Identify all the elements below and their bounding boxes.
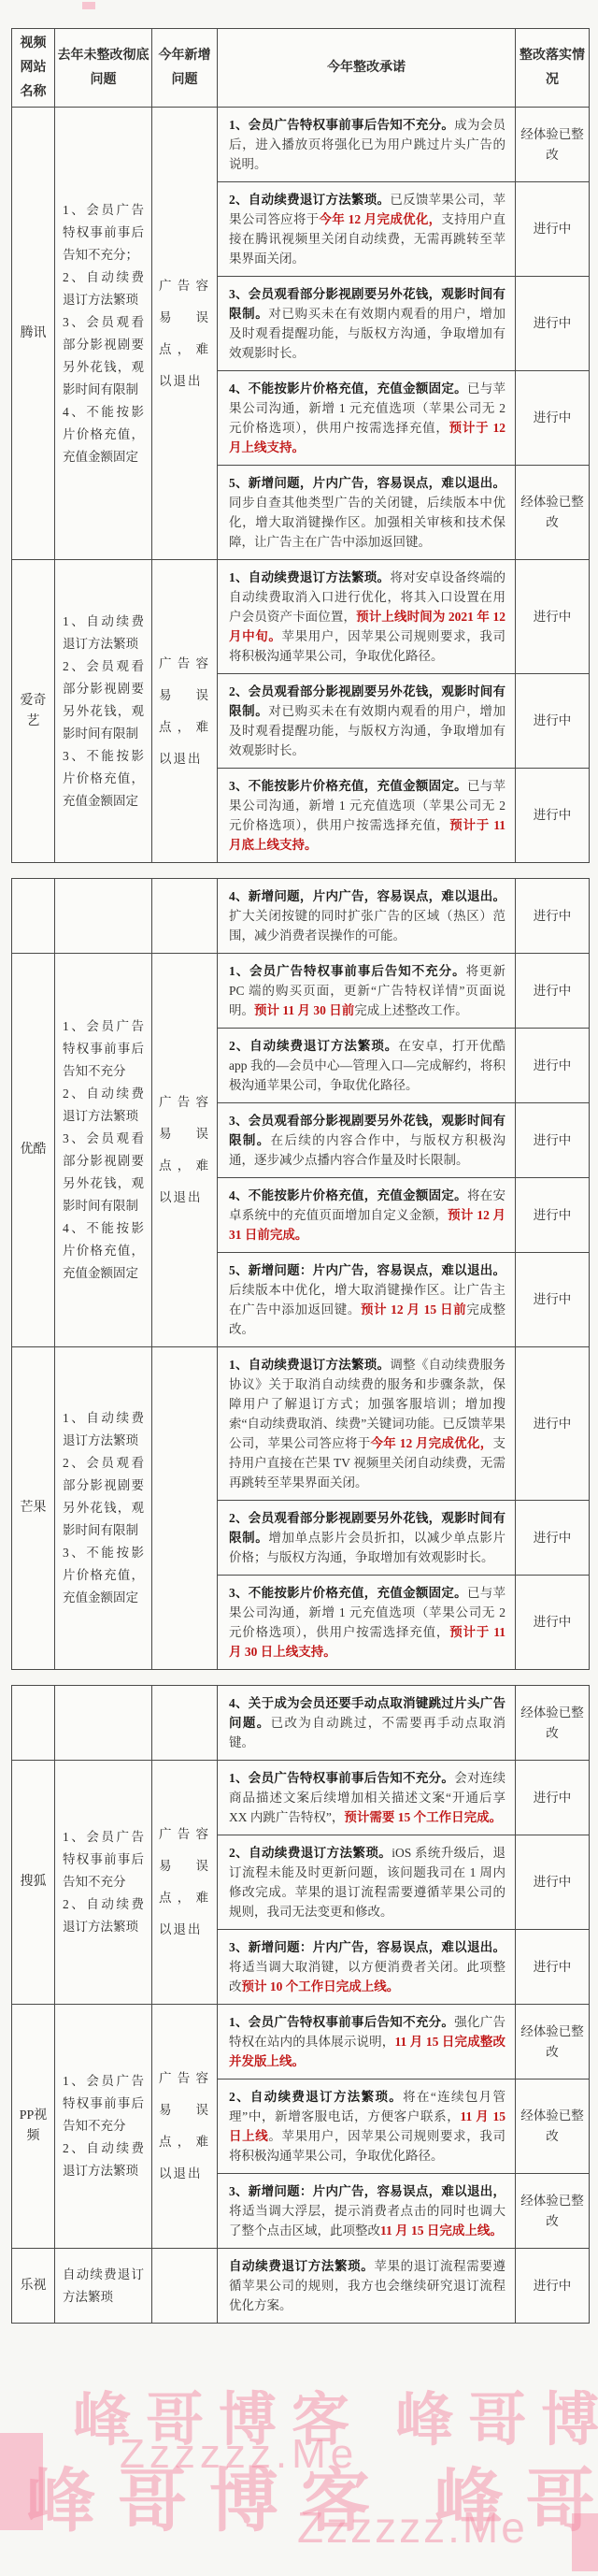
status-cell: 进行中 (516, 1761, 590, 1835)
status-cell: 经体验已整改 (516, 108, 590, 182)
status-cell: 进行中 (516, 182, 590, 277)
commitment-cell: 2、自动续费退订方法繁琐。在安卓，打开优酷 app 我的—会员中心—管理入口—完… (218, 1029, 516, 1103)
last-year-problems-cell: 1、自动续费退订方法繁琐 2、会员观看部分影视剧要另外花钱，观影时间有限制 3、… (55, 560, 152, 863)
commitment-cell: 3、会员观看部分影视剧要另外花钱，观影时间有限制。在后续的内容合作中，与版权方积… (218, 1103, 516, 1178)
commitment-cell: 4、不能按影片价格充值，充值金额固定。将在安卓系统中的充值页面增加自定义金额，预… (218, 1178, 516, 1253)
status-cell: 进行中 (516, 1103, 590, 1178)
commitment-cell: 3、会员观看部分影视剧要另外花钱，观影时间有限制。对已购买未在有效期内观看的用户… (218, 277, 516, 371)
commitment-text-segment: 5、新增问题，片内广告，容易误点，难以退出。 (229, 476, 505, 490)
header-cell: 视频网站名称 (12, 29, 55, 108)
commitment-text-segment: 3、新增问题：片内广告，容易误点，难以退出。 (229, 1940, 505, 1954)
watermark-text: Zzzzzz.Me (297, 2502, 528, 2553)
commitment-cell: 4、关于成为会员还要手动点取消键跳过片头广告问题。已改为自动跳过，不需要再手动点… (218, 1686, 516, 1761)
watermark-text: 峰哥博客 峰哥博客 (26, 2446, 598, 2545)
commitment-row: 乐视自动续费退订方法繁琐自动续费退订方法繁琐。苹果的退订流程需要遵循苹果公司的规… (12, 2249, 590, 2324)
commitment-text-segment: 1、自动续费退订方法繁琐。 (229, 570, 390, 584)
commitment-row: 腾讯1、会员广告特权事前事后告知不充分； 2、自动续费退订方法繁琐 3、会员观看… (12, 108, 590, 182)
new-problems-cell (152, 1686, 218, 1761)
rectification-document: 视频网站名称去年未整改彻底问题今年新增问题今年整改承诺整改落实情况腾讯1、会员广… (0, 0, 598, 2576)
commitment-text-segment: 预计需要 15 个工作日完成。 (344, 1810, 502, 1824)
commitment-cell: 2、自动续费退订方法繁琐。iOS 系统升级后，退订流程未能及时更新问题，该问题我… (218, 1835, 516, 1930)
new-problems-cell (152, 879, 218, 954)
tables-host: 视频网站名称去年未整改彻底问题今年新增问题今年整改承诺整改落实情况腾讯1、会员广… (0, 0, 598, 2324)
site-name-cell: 优酷 (12, 954, 55, 1347)
watermark-block (572, 2513, 598, 2571)
watermark-text: Zzzzzz.Me (120, 2431, 358, 2478)
site-name-cell: 爱奇艺 (12, 560, 55, 863)
status-cell: 进行中 (516, 2249, 590, 2324)
last-year-problems-cell: 1、会员广告特权事前事后告知不充分 2、自动续费退订方法繁琐 (55, 2005, 152, 2249)
commitment-text-segment: 增加单点影片会员折扣，以减少单点影片价格；与版权方沟通，争取增加有效观影时长。 (229, 1531, 505, 1564)
last-year-problems-cell: 1、会员广告特权事前事后告知不充分 2、自动续费退订方法繁琐 3、会员观看部分影… (55, 954, 152, 1347)
status-cell: 进行中 (516, 674, 590, 769)
commitment-text-segment: 2、自动续费退订方法繁琐。 (229, 1846, 392, 1860)
commitment-text-segment: 。苹果用户，因苹果公司规则要求，我司将积极沟通苹果公司，争取优化路径。 (229, 2129, 505, 2163)
commitment-text-segment: 2、自动续费退订方法繁琐。 (229, 193, 390, 207)
commitment-text-segment: 3、新增问题：片内广告，容易误点，难以退出， (229, 2184, 505, 2198)
commitment-text-segment: 今年 12 月完成优化， (371, 1436, 493, 1450)
commitment-text-segment: 已改为自动跳过，不需要再手动点取消键。 (229, 1716, 505, 1749)
site-name-cell: PP视频 (12, 2005, 55, 2249)
commitment-text-segment: 4、不能按影片价格充值，充值金额固定。 (229, 1188, 467, 1202)
commitment-text-segment: 预计 12 月 15 日前 (361, 1302, 466, 1317)
new-problems-cell (152, 2249, 218, 2324)
rectification-table-3: 4、关于成为会员还要手动点取消键跳过片头广告问题。已改为自动跳过，不需要再手动点… (11, 1685, 590, 2324)
site-name-cell: 腾讯 (12, 108, 55, 560)
status-cell: 经体验已整改 (516, 2005, 590, 2080)
new-problems-cell: 广告容易误点，难以退出 (152, 108, 218, 560)
commitment-text-segment: 3、不能按影片价格充值，充值金额固定。 (229, 779, 467, 793)
header-cell: 整改落实情况 (516, 29, 590, 108)
commitment-text-segment: 今年 12 月完成优化， (319, 212, 441, 226)
last-year-problems-cell (55, 1686, 152, 1761)
commitment-cell: 5、新增问题：片内广告，容易误点，难以退出。后续版本中优化，增大取消键操作区。让… (218, 1253, 516, 1347)
commitment-cell: 3、不能按影片价格充值，充值金额固定。已与苹果公司沟通，新增 1 元充值选项（苹… (218, 1576, 516, 1670)
commitment-cell: 4、不能按影片价格充值，充值金额固定。已与苹果公司沟通，新增 1 元充值选项（苹… (218, 371, 516, 466)
commitment-text-segment: 2、自动续费退订方法繁琐。 (229, 1039, 398, 1053)
site-name-cell (12, 879, 55, 954)
commitment-text-segment: 预计 10 个工作日完成上线。 (242, 1979, 400, 1993)
commitment-text-segment: 2、自动续费退订方法繁琐。 (229, 2090, 403, 2104)
header-cell: 今年新增问题 (152, 29, 218, 108)
commitment-cell: 3、新增问题：片内广告，容易误点，难以退出。将适当调大取消键，以方便消费者关闭。… (218, 1930, 516, 2005)
status-cell: 经体验已整改 (516, 466, 590, 560)
commitment-cell: 1、自动续费退订方法繁琐。将对安卓设备终端的自动续费取消入口进行优化，将其入口设… (218, 560, 516, 674)
status-cell: 进行中 (516, 1835, 590, 1930)
new-problems-cell: 广告容易误点，难以退出 (152, 954, 218, 1347)
commitment-text-segment: 4、不能按影片价格充值，充值金额固定。 (229, 381, 467, 396)
status-cell: 进行中 (516, 1029, 590, 1103)
commitment-text-segment: 1、会员广告特权事前事后告知不充分。 (229, 1771, 454, 1785)
last-year-problems-cell: 1、自动续费退订方法繁琐 2、会员观看部分影视剧要另外花钱，观影时间有限制 3、… (55, 1347, 152, 1670)
commitment-cell: 1、会员广告特权事前事后告知不充分。会对连续商品描述文案后续增加相关描述文案“开… (218, 1761, 516, 1835)
rectification-table-2: 4、新增问题，片内广告，容易误点，难以退出。扩大关闭按键的同时扩张广告的区域（热… (11, 878, 590, 1670)
commitment-row: 搜狐1、会员广告特权事前事后告知不充分 2、自动续费退订方法繁琐广告容易误点，难… (12, 1761, 590, 1835)
header-cell: 今年整改承诺 (218, 29, 516, 108)
watermark-block (0, 2433, 43, 2530)
new-problems-cell: 广告容易误点，难以退出 (152, 560, 218, 863)
commitment-cell: 2、自动续费退订方法繁琐。已反馈苹果公司，苹果公司答应将于今年 12 月完成优化… (218, 182, 516, 277)
header-cell: 去年未整改彻底问题 (55, 29, 152, 108)
status-cell: 进行中 (516, 277, 590, 371)
new-problems-cell: 广告容易误点，难以退出 (152, 1761, 218, 2005)
commitment-row: 4、关于成为会员还要手动点取消键跳过片头广告问题。已改为自动跳过，不需要再手动点… (12, 1686, 590, 1761)
commitment-cell: 1、会员广告特权事前事后告知不充分。强化广告特权在站内的具体展示说明，11 月 … (218, 2005, 516, 2080)
last-year-problems-cell: 1、会员广告特权事前事后告知不充分； 2、自动续费退订方法繁琐 3、会员观看部分… (55, 108, 152, 560)
commitment-text-segment: 同步自查其他类型广告的关闭键，后续版本中优化，增大取消键操作区。加强相关审核和技… (229, 496, 505, 549)
commitment-cell: 4、新增问题，片内广告，容易误点，难以退出。扩大关闭按键的同时扩张广告的区域（热… (218, 879, 516, 954)
commitment-cell: 2、会员观看部分影视剧要另外花钱，观影时间有限制。对已购买未在有效期内观看的用户… (218, 674, 516, 769)
site-name-cell: 搜狐 (12, 1761, 55, 2005)
commitment-text-segment: 对已购买未在有效期内观看的用户，增加及时观看提醒功能，与版权方沟通，争取增加有效… (229, 704, 505, 757)
status-cell: 进行中 (516, 1576, 590, 1670)
commitment-text-segment: 1、会员广告特权事前事后告知不充分。 (229, 964, 466, 978)
site-name-cell: 乐视 (12, 2249, 55, 2324)
commitment-text-segment: 对已购买未在有效期内观看的用户，增加及时观看提醒功能，与版权方沟通，争取增加有效… (229, 307, 505, 360)
status-cell: 进行中 (516, 1253, 590, 1347)
commitment-text-segment: 自动续费退订方法繁琐。 (229, 2259, 374, 2273)
status-cell: 进行中 (516, 879, 590, 954)
status-cell: 进行中 (516, 769, 590, 863)
commitment-cell: 3、新增问题：片内广告，容易误点，难以退出，将适当调大浮层，提示消费者点击的同时… (218, 2174, 516, 2249)
commitment-cell: 2、会员观看部分影视剧要另外花钱，观影时间有限制。增加单点影片会员折扣，以减少单… (218, 1501, 516, 1576)
status-cell: 进行中 (516, 954, 590, 1029)
commitment-row: 优酷1、会员广告特权事前事后告知不充分 2、自动续费退订方法繁琐 3、会员观看部… (12, 954, 590, 1029)
commitment-row: 爱奇艺1、自动续费退订方法繁琐 2、会员观看部分影视剧要另外花钱，观影时间有限制… (12, 560, 590, 674)
commitment-text-segment: 预计 11 月 30 日前 (254, 1003, 354, 1017)
commitment-text-segment: 1、会员广告特权事前事后告知不充分。 (229, 118, 454, 132)
commitment-text-segment: 3、不能按影片价格充值，充值金额固定。 (229, 1586, 467, 1600)
commitment-text-segment: 5、新增问题：片内广告，容易误点，难以退出。 (229, 1263, 505, 1277)
header-row: 视频网站名称去年未整改彻底问题今年新增问题今年整改承诺整改落实情况 (12, 29, 590, 108)
commitment-row: 芒果1、自动续费退订方法繁琐 2、会员观看部分影视剧要另外花钱，观影时间有限制 … (12, 1347, 590, 1501)
status-cell: 经体验已整改 (516, 1686, 590, 1761)
status-cell: 进行中 (516, 1178, 590, 1253)
commitment-text-segment: 1、会员广告特权事前事后告知不充分。 (229, 2015, 454, 2029)
status-cell: 进行中 (516, 1501, 590, 1576)
commitment-text-segment: 11 月 15 日完成上线。 (380, 2223, 503, 2238)
commitment-text-segment: 在后续的内容合作中，与版权方积极沟通，逐步减少点播内容合作量及时长限制。 (229, 1133, 505, 1167)
commitment-cell: 1、自动续费退订方法繁琐。调整《自动续费服务协议》关于取消自动续费的服务和步骤条… (218, 1347, 516, 1501)
site-name-cell: 芒果 (12, 1347, 55, 1670)
new-problems-cell: 广告容易误点，难以退出 (152, 2005, 218, 2249)
last-year-problems-cell: 1、会员广告特权事前事后告知不充分 2、自动续费退订方法繁琐 (55, 1761, 152, 2005)
commitment-row: 4、新增问题，片内广告，容易误点，难以退出。扩大关闭按键的同时扩张广告的区域（热… (12, 879, 590, 954)
site-name-cell (12, 1686, 55, 1761)
rectification-table-1: 视频网站名称去年未整改彻底问题今年新增问题今年整改承诺整改落实情况腾讯1、会员广… (11, 28, 590, 863)
commitment-cell: 5、新增问题，片内广告，容易误点，难以退出。同步自查其他类型广告的关闭键，后续版… (218, 466, 516, 560)
new-problems-cell (152, 1347, 218, 1670)
commitment-row: PP视频1、会员广告特权事前事后告知不充分 2、自动续费退订方法繁琐广告容易误点… (12, 2005, 590, 2080)
status-cell: 经体验已整改 (516, 2080, 590, 2174)
last-year-problems-cell: 自动续费退订方法繁琐 (55, 2249, 152, 2324)
last-year-problems-cell (55, 879, 152, 954)
status-cell: 进行中 (516, 1347, 590, 1501)
commitment-cell: 3、不能按影片价格充值，充值金额固定。已与苹果公司沟通，新增 1 元充值选项（苹… (218, 769, 516, 863)
status-cell: 进行中 (516, 560, 590, 674)
commitment-cell: 2、自动续费退订方法繁琐。将在“连续包月管理”中，新增客服电话，方便客户联系，1… (218, 2080, 516, 2174)
status-cell: 进行中 (516, 1930, 590, 2005)
commitment-text-segment: 完成上述整改工作。 (354, 1003, 468, 1017)
commitment-text-segment: 4、新增问题，片内广告，容易误点，难以退出。 (229, 889, 505, 903)
commitment-text-segment: 扩大关闭按键的同时扩张广告的区域（热区）范围，减少消费者误操作的可能。 (229, 909, 505, 943)
commitment-text-segment: 1、自动续费退订方法繁琐。 (229, 1358, 390, 1372)
status-cell: 经体验已整改 (516, 2174, 590, 2249)
status-cell: 进行中 (516, 371, 590, 466)
commitment-cell: 1、会员广告特权事前事后告知不充分。成为会员后，进入播放页将强化已为用户跳过片头… (218, 108, 516, 182)
commitment-cell: 1、会员广告特权事前事后告知不充分。将更新 PC 端的购买页面，更新“广告特权详… (218, 954, 516, 1029)
commitment-cell: 自动续费退订方法繁琐。苹果的退订流程需要遵循苹果公司的规则，我方也会继续研究退订… (218, 2249, 516, 2324)
watermark-text: 峰哥博客 峰哥博客 (73, 2373, 598, 2456)
